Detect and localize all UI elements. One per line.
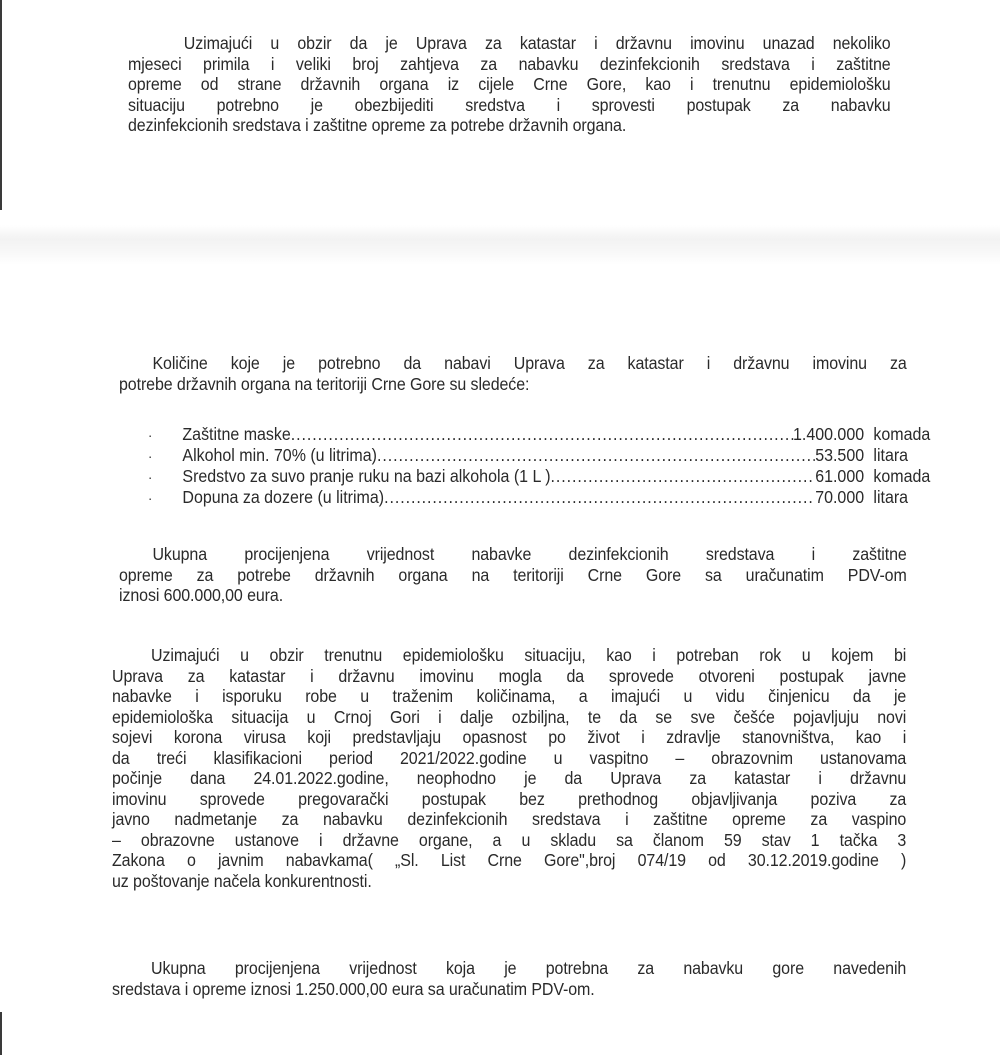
scan-edge-line-bottom <box>0 1012 2 1055</box>
text-line: dezinfekcionih sredstava i zaštitne opre… <box>128 115 891 136</box>
text-line: Uzimajući u obzir trenutnu epidemiološku… <box>112 645 906 666</box>
text-line: uz poštovanje načela konkurentnosti. <box>112 871 906 892</box>
text-line: opreme od strane državnih organa iz cije… <box>128 74 891 95</box>
text-line: Uzimajući u obzir da je Uprava za katast… <box>128 33 891 54</box>
line-text: Uzimajući u obzir trenutnu epidemiološku… <box>151 645 906 665</box>
paragraph-procedure-justification: Uzimajući u obzir trenutnu epidemiološku… <box>112 645 906 891</box>
text-line: Zakona o javnim nabavkama( „Sl. List Crn… <box>112 850 906 871</box>
dot-leader <box>384 487 815 508</box>
text-line: da treći klasifikacioni period 2021/2022… <box>112 748 906 769</box>
text-line: nabavke i isporuku robe u traženim količ… <box>112 686 906 707</box>
item-quantity: 61.000 <box>815 466 864 487</box>
line-text: Ukupna procijenjena vrijednost nabavke d… <box>152 544 906 564</box>
scan-edge-line-top <box>0 0 2 210</box>
paragraph-estimated-value-1: Ukupna procijenjena vrijednost nabavke d… <box>119 544 907 606</box>
list-item-protective-masks: · Zaštitne maske 1.400.000 komada <box>148 424 948 445</box>
quantities-list: · Zaštitne maske 1.400.000 komada · Alko… <box>148 424 948 508</box>
item-unit: komada <box>873 424 947 445</box>
item-quantity: 1.400.000 <box>793 424 864 445</box>
dot-leader <box>551 466 816 487</box>
item-unit: litara <box>873 487 947 508</box>
item-label: Dopuna za dozere (u litrima) <box>182 487 384 508</box>
bullet-icon: · <box>148 446 182 467</box>
line-text: Ukupna procijenjena vrijednost koja je p… <box>151 958 906 978</box>
text-line: mjeseci primila i veliki broj zahtjeva z… <box>128 54 891 75</box>
item-label: Alkohol min. 70% (u litrima) <box>182 445 377 466</box>
text-line: počinje dana 24.01.2022.godine, neophodn… <box>112 768 906 789</box>
list-item-dispenser-refill: · Dopuna za dozere (u litrima) 70.000 li… <box>148 487 948 508</box>
text-line: sojevi korona virusa koji predstavljaju … <box>112 727 906 748</box>
dot-leader <box>377 445 815 466</box>
scan-page-break-band <box>0 225 1000 265</box>
item-unit: litara <box>873 445 947 466</box>
text-line: iznosi 600.000,00 eura. <box>119 585 907 606</box>
text-line: situaciju potrebno je obezbijediti sreds… <box>128 95 891 116</box>
item-quantity: 70.000 <box>815 487 864 508</box>
paragraph-estimated-value-total: Ukupna procijenjena vrijednost koja je p… <box>112 958 906 999</box>
bullet-icon: · <box>148 467 182 488</box>
item-unit: komada <box>873 466 947 487</box>
text-line: opreme za potrebe državnih organa na ter… <box>119 565 907 586</box>
bullet-icon: · <box>148 488 182 509</box>
list-item-hand-sanitizer: · Sredstvo za suvo pranje ruku na bazi a… <box>148 466 948 487</box>
dot-leader <box>291 424 793 445</box>
paragraph-request-context: Uzimajući u obzir da je Uprava za katast… <box>128 33 891 136</box>
line-text: Uzimajući u obzir da je Uprava za katast… <box>184 33 891 53</box>
list-item-alcohol: · Alkohol min. 70% (u litrima) 53.500 li… <box>148 445 948 466</box>
text-line: epidemiološka situacija u Crnoj Gori i d… <box>112 707 906 728</box>
text-line: javno nadmetanje za nabavku dezinfekcion… <box>112 809 906 830</box>
text-line: Ukupna procijenjena vrijednost koja je p… <box>112 958 906 979</box>
text-line: imovinu sprovede pregovarački postupak b… <box>112 789 906 810</box>
item-quantity: 53.500 <box>815 445 864 466</box>
bullet-icon: · <box>148 425 182 446</box>
text-line: Ukupna procijenjena vrijednost nabavke d… <box>119 544 907 565</box>
text-line: – obrazovne ustanove i državne organe, a… <box>112 830 906 851</box>
text-line: sredstava i opreme iznosi 1.250.000,00 e… <box>112 979 906 1000</box>
item-label: Zaštitne maske <box>182 424 290 445</box>
text-line: potrebe državnih organa na teritoriji Cr… <box>119 374 907 395</box>
text-line: Količine koje je potrebno da nabavi Upra… <box>119 353 907 374</box>
text-line: Uprava za katastar i državnu imovinu mog… <box>112 666 906 687</box>
paragraph-quantities-intro: Količine koje je potrebno da nabavi Upra… <box>119 353 907 394</box>
item-label: Sredstvo za suvo pranje ruku na bazi alk… <box>182 466 550 487</box>
line-text: Količine koje je potrebno da nabavi Upra… <box>152 353 906 373</box>
